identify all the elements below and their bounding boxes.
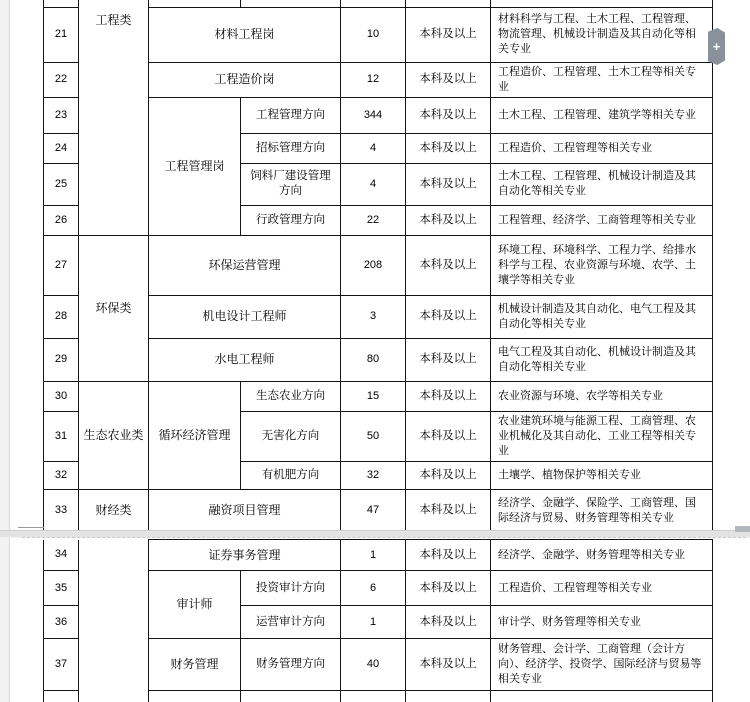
page-margin-strip <box>0 0 10 702</box>
plus-icon: + <box>713 39 721 54</box>
table-continuation-dashed-line <box>22 537 746 538</box>
education-cell: 本科及以上 <box>406 62 491 97</box>
row-number-cell <box>44 691 79 702</box>
majors-cell: 土木工程、工程管理、机械设计制造及其自动化等相关专业 <box>491 163 713 205</box>
row-number-cell: 27 <box>44 235 79 295</box>
majors-cell: 经济学、金融学、财务管理等相关专业 <box>491 540 713 571</box>
education-cell: 本科及以上 <box>406 461 491 489</box>
row-number-cell: 28 <box>44 295 79 338</box>
row-number-cell: 24 <box>44 133 79 163</box>
count-cell: 6 <box>341 571 406 606</box>
count-cell: 4 <box>341 133 406 163</box>
education-cell: 本科及以上 <box>406 540 491 571</box>
category-cell <box>79 540 149 702</box>
position-cell: 水电工程师 <box>149 338 341 381</box>
count-cell <box>341 691 406 702</box>
row-number-cell: 36 <box>44 606 79 639</box>
education-cell: 本科及以上 <box>406 639 491 691</box>
category-cell: 生态农业类 <box>79 381 149 489</box>
direction-cell: 运营审计方向 <box>241 606 341 639</box>
majors-cell: 审计学、财务管理等相关专业 <box>491 606 713 639</box>
positions-table-page1: 工程类 21 材料工程岗 10 本科及以上 材料科学与工程、土木工程、工程管理、… <box>43 0 713 533</box>
education-cell: 本科及以上 <box>406 606 491 639</box>
row-number-cell: 21 <box>44 7 79 62</box>
row-number-cell: 37 <box>44 639 79 691</box>
page-corner-shadow <box>735 526 750 532</box>
majors-cell: 经济学、金融学、保险学、工商管理、国际经济与贸易、财务管理等相关专业 <box>491 489 713 532</box>
category-cell: 财经类 <box>79 489 149 532</box>
education-cell <box>406 691 491 702</box>
position-cell: 工程管理岗 <box>149 97 241 235</box>
table-row: 33 财经类 融资项目管理 47 本科及以上 经济学、金融学、保险学、工商管理、… <box>44 489 713 532</box>
direction-cell: 有机肥方向 <box>241 461 341 489</box>
count-cell: 3 <box>341 295 406 338</box>
majors-cell: 机械设计制造及其自动化、电气工程及其自动化等相关专业 <box>491 295 713 338</box>
position-cell: 环保运营管理 <box>149 235 341 295</box>
majors-cell: 财务管理、会计学、工商管理（会计方向）、经济学、投资学、国际经济与贸易等相关专业 <box>491 639 713 691</box>
education-cell: 本科及以上 <box>406 7 491 62</box>
row-number-cell: 31 <box>44 411 79 461</box>
table-row-partial-top: 工程类 <box>44 0 713 7</box>
count-cell: 12 <box>341 62 406 97</box>
positions-table-page2: 34 证券事务管理 1 本科及以上 经济学、金融学、财务管理等相关专业 35 审… <box>43 539 713 702</box>
page-bottom-margin-mark <box>18 527 44 528</box>
education-cell: 本科及以上 <box>406 205 491 235</box>
position-cell: 机电设计工程师 <box>149 295 341 338</box>
education-cell: 本科及以上 <box>406 381 491 411</box>
table-row: 34 证券事务管理 1 本科及以上 经济学、金融学、财务管理等相关专业 <box>44 540 713 571</box>
majors-cell: 环境工程、环境科学、工程力学、给排水科学与工程、农业资源与环境、农学、土壤学等相… <box>491 235 713 295</box>
row-number-cell: 35 <box>44 571 79 606</box>
row-number-cell: 25 <box>44 163 79 205</box>
count-cell: 4 <box>341 163 406 205</box>
majors-cell: 农业建筑环境与能源工程、工商管理、农业机械化及其自动化、工业工程等相关专业 <box>491 411 713 461</box>
education-cell <box>406 0 491 7</box>
position-cell: 审计师 <box>149 571 241 639</box>
majors-cell: 工程管理、经济学、工商管理等相关专业 <box>491 205 713 235</box>
direction-cell: 财务管理方向 <box>241 639 341 691</box>
education-cell: 本科及以上 <box>406 163 491 205</box>
count-cell: 1 <box>341 540 406 571</box>
count-cell: 47 <box>341 489 406 532</box>
direction-cell: 饲料厂建设管理 方向 <box>241 163 341 205</box>
majors-cell <box>491 0 713 7</box>
category-cell: 环保类 <box>79 235 149 381</box>
count-cell: 10 <box>341 7 406 62</box>
count-cell: 40 <box>341 639 406 691</box>
position-cell <box>149 691 241 702</box>
education-cell: 本科及以上 <box>406 133 491 163</box>
count-cell: 50 <box>341 411 406 461</box>
row-number-cell: 29 <box>44 338 79 381</box>
row-number-cell <box>44 0 79 7</box>
majors-cell: 电气工程及其自动化、机械设计制造及其自动化等相关专业 <box>491 338 713 381</box>
add-content-button[interactable]: + <box>708 28 725 65</box>
majors-cell: 工程造价、工程管理等相关专业 <box>491 571 713 606</box>
count-cell: 15 <box>341 381 406 411</box>
majors-cell <box>491 691 713 702</box>
education-cell: 本科及以上 <box>406 338 491 381</box>
row-number-cell: 22 <box>44 62 79 97</box>
position-cell: 证券事务管理 <box>149 540 341 571</box>
count-cell <box>341 0 406 7</box>
majors-cell: 农业资源与环境、农学等相关专业 <box>491 381 713 411</box>
direction-cell: 行政管理方向 <box>241 205 341 235</box>
row-number-cell: 32 <box>44 461 79 489</box>
education-cell: 本科及以上 <box>406 489 491 532</box>
position-cell <box>149 0 241 7</box>
majors-cell: 材料科学与工程、土木工程、工程管理、物流管理、机械设计制造及其自动化等相关专业 <box>491 7 713 62</box>
row-number-cell: 23 <box>44 97 79 133</box>
table-row: 30 生态农业类 循环经济管理 生态农业方向 15 本科及以上 农业资源与环境、… <box>44 381 713 411</box>
position-cell: 循环经济管理 <box>149 381 241 489</box>
majors-cell: 土木工程、工程管理、建筑学等相关专业 <box>491 97 713 133</box>
document-page: 工程类 21 材料工程岗 10 本科及以上 材料科学与工程、土木工程、工程管理、… <box>0 0 750 702</box>
education-cell: 本科及以上 <box>406 571 491 606</box>
education-cell: 本科及以上 <box>406 97 491 133</box>
direction-cell: 工程管理方向 <box>241 97 341 133</box>
row-number-cell: 30 <box>44 381 79 411</box>
majors-cell: 土壤学、植物保护等相关专业 <box>491 461 713 489</box>
count-cell: 22 <box>341 205 406 235</box>
count-cell: 32 <box>341 461 406 489</box>
position-cell: 融资项目管理 <box>149 489 341 532</box>
row-number-cell: 34 <box>44 540 79 571</box>
majors-cell: 工程造价、工程管理、土木工程等相关专业 <box>491 62 713 97</box>
direction-cell <box>241 0 341 7</box>
direction-cell: 生态农业方向 <box>241 381 341 411</box>
table-row: 27 环保类 环保运营管理 208 本科及以上 环境工程、环境科学、工程力学、给… <box>44 235 713 295</box>
majors-cell: 工程造价、工程管理等相关专业 <box>491 133 713 163</box>
position-cell: 财务管理 <box>149 639 241 691</box>
direction-cell: 招标管理方向 <box>241 133 341 163</box>
category-cell: 工程类 <box>79 0 149 235</box>
direction-cell: 无害化方向 <box>241 411 341 461</box>
education-cell: 本科及以上 <box>406 295 491 338</box>
row-number-cell: 33 <box>44 489 79 532</box>
education-cell: 本科及以上 <box>406 235 491 295</box>
education-cell: 本科及以上 <box>406 411 491 461</box>
direction-cell: 投资审计方向 <box>241 571 341 606</box>
count-cell: 1 <box>341 606 406 639</box>
count-cell: 344 <box>341 97 406 133</box>
position-cell: 工程造价岗 <box>149 62 341 97</box>
count-cell: 80 <box>341 338 406 381</box>
direction-cell <box>241 691 341 702</box>
position-cell: 材料工程岗 <box>149 7 341 62</box>
row-number-cell: 26 <box>44 205 79 235</box>
count-cell: 208 <box>341 235 406 295</box>
